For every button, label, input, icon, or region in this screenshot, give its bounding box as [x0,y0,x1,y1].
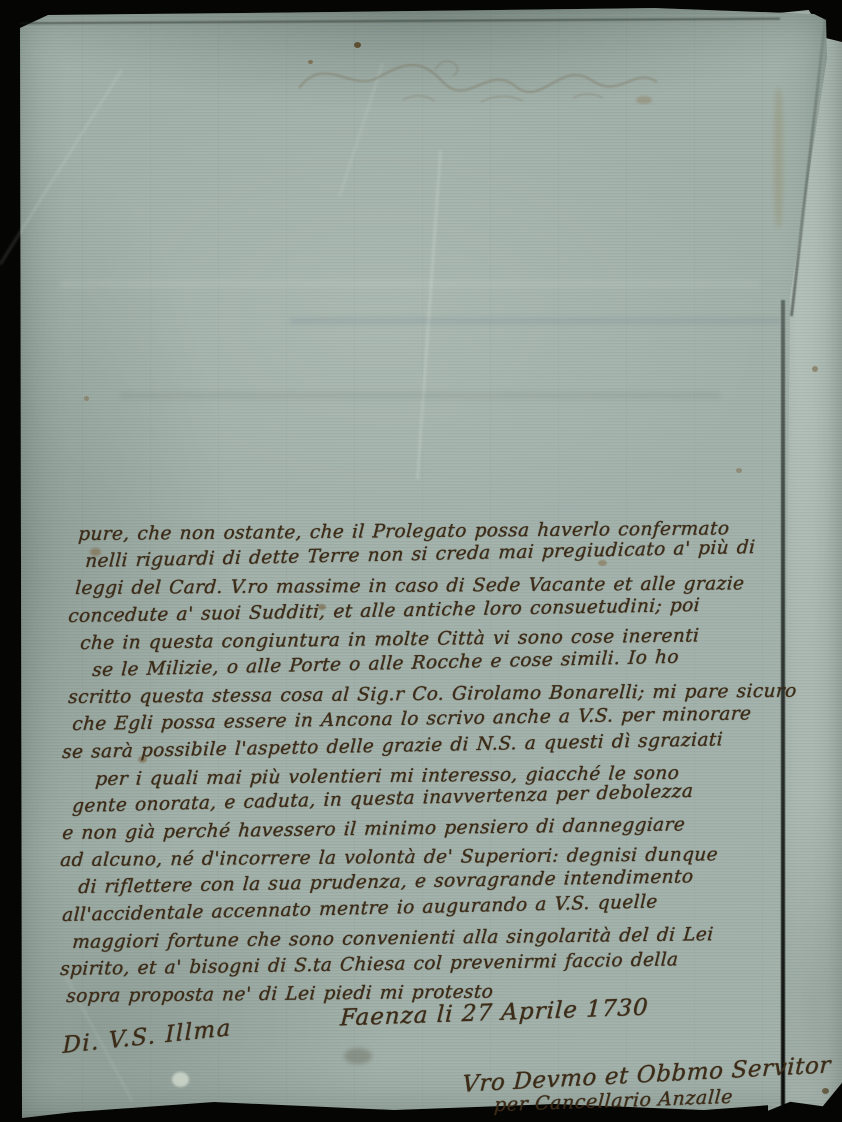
paper-discoloration-band [60,280,760,288]
paper-discoloration-band [120,392,720,399]
stain [822,1088,829,1094]
ghost-ink-offset [285,36,675,120]
paper-light-blob [172,1072,189,1087]
paper-discoloration-band [290,318,780,324]
stain [736,468,742,473]
stain [84,396,89,401]
manuscript-scan: pure, che non ostante, che il Prolegato … [0,0,842,1122]
page-seam [781,300,785,1112]
stain [344,1048,372,1064]
stain [774,88,783,228]
letter-body: pure, che non ostante, che il Prolegato … [58,524,778,1013]
stain [812,366,818,372]
